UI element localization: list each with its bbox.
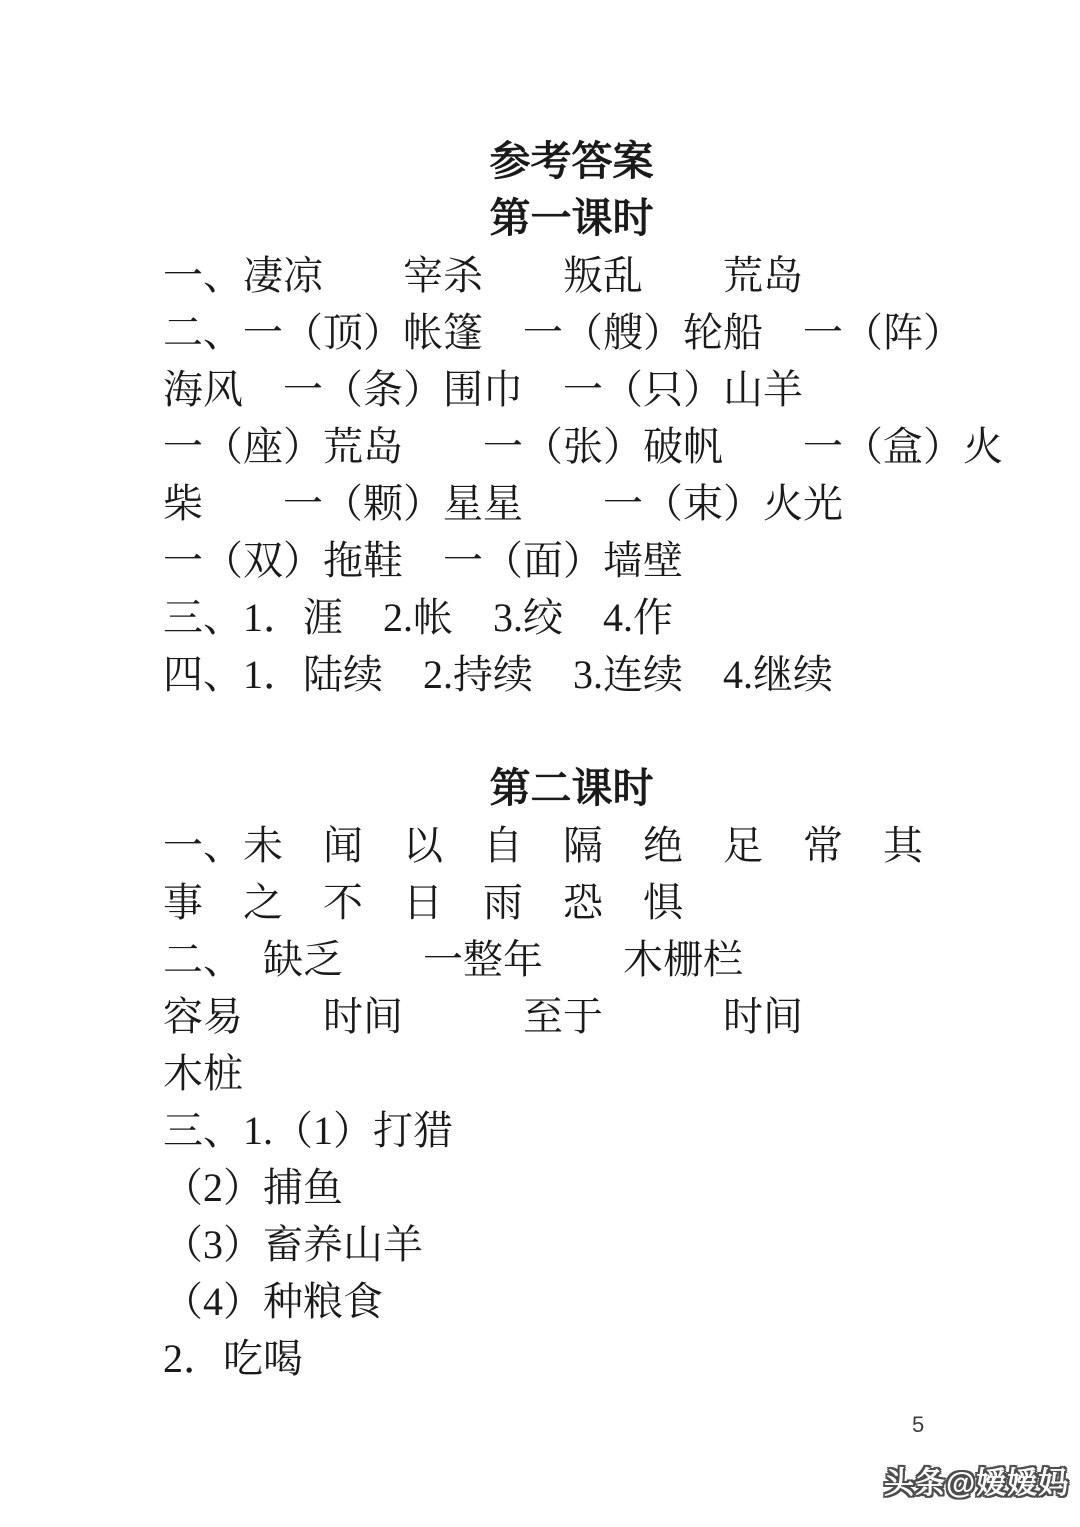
answer-line: 一、未 闻 以 自 隔 绝 足 常 其 bbox=[163, 817, 980, 874]
answer-line: 四、1．陆续 2.持续 3.连续 4.继续 bbox=[163, 646, 980, 703]
answer-line: 三、1．涯 2.帐 3.绞 4.作 bbox=[163, 589, 980, 646]
answer-sheet: 参考答案 第一课时 一、凄凉 宰杀 叛乱 荒岛 二、一（顶）帐篷 一（艘）轮船 … bbox=[0, 0, 1080, 1527]
answer-sheet-content: 参考答案 第一课时 一、凄凉 宰杀 叛乱 荒岛 二、一（顶）帐篷 一（艘）轮船 … bbox=[0, 0, 1080, 1387]
answer-line: 一、凄凉 宰杀 叛乱 荒岛 bbox=[163, 247, 980, 304]
answer-line: （3）畜养山羊 bbox=[163, 1216, 980, 1273]
answer-line: 二、一（顶）帐篷 一（艘）轮船 一（阵） bbox=[163, 304, 980, 361]
page-title: 参考答案 bbox=[163, 133, 980, 190]
answer-line: 三、1.（1）打猎 bbox=[163, 1102, 980, 1159]
section-1-title: 第一课时 bbox=[163, 190, 980, 247]
section-lesson-2: 第二课时 一、未 闻 以 自 隔 绝 足 常 其 事 之 不 日 雨 恐 惧 二… bbox=[163, 760, 980, 1387]
section-lesson-1: 第一课时 一、凄凉 宰杀 叛乱 荒岛 二、一（顶）帐篷 一（艘）轮船 一（阵） … bbox=[163, 190, 980, 703]
answer-line: 海风 一（条）围巾 一（只）山羊 bbox=[163, 361, 980, 418]
page-number: 5 bbox=[912, 1413, 924, 1437]
answer-line: 二、 缺乏 一整年 木栅栏 bbox=[163, 931, 980, 988]
document-page: { "doc": { "main_title": "参考答案", "page_n… bbox=[0, 0, 1080, 1527]
answer-line: 柴 一（颗）星星 一（束）火光 bbox=[163, 475, 980, 532]
answer-line: 木桩 bbox=[163, 1045, 980, 1102]
answer-line: 一（双）拖鞋 一（面）墙壁 bbox=[163, 532, 980, 589]
answer-line: 事 之 不 日 雨 恐 惧 bbox=[163, 874, 980, 931]
section-gap bbox=[163, 703, 980, 760]
answer-line: 容易 时间 至于 时间 bbox=[163, 988, 980, 1045]
answer-line: 2．吃喝 bbox=[163, 1330, 980, 1387]
section-2-title: 第二课时 bbox=[163, 760, 980, 817]
answer-line: （4）种粮食 bbox=[163, 1273, 980, 1330]
answer-line: （2）捕鱼 bbox=[163, 1159, 980, 1216]
answer-line: 一（座）荒岛 一（张）破帆 一（盒）火 bbox=[163, 418, 980, 475]
watermark: 头条@嫒嫒妈 bbox=[884, 1466, 1069, 1502]
